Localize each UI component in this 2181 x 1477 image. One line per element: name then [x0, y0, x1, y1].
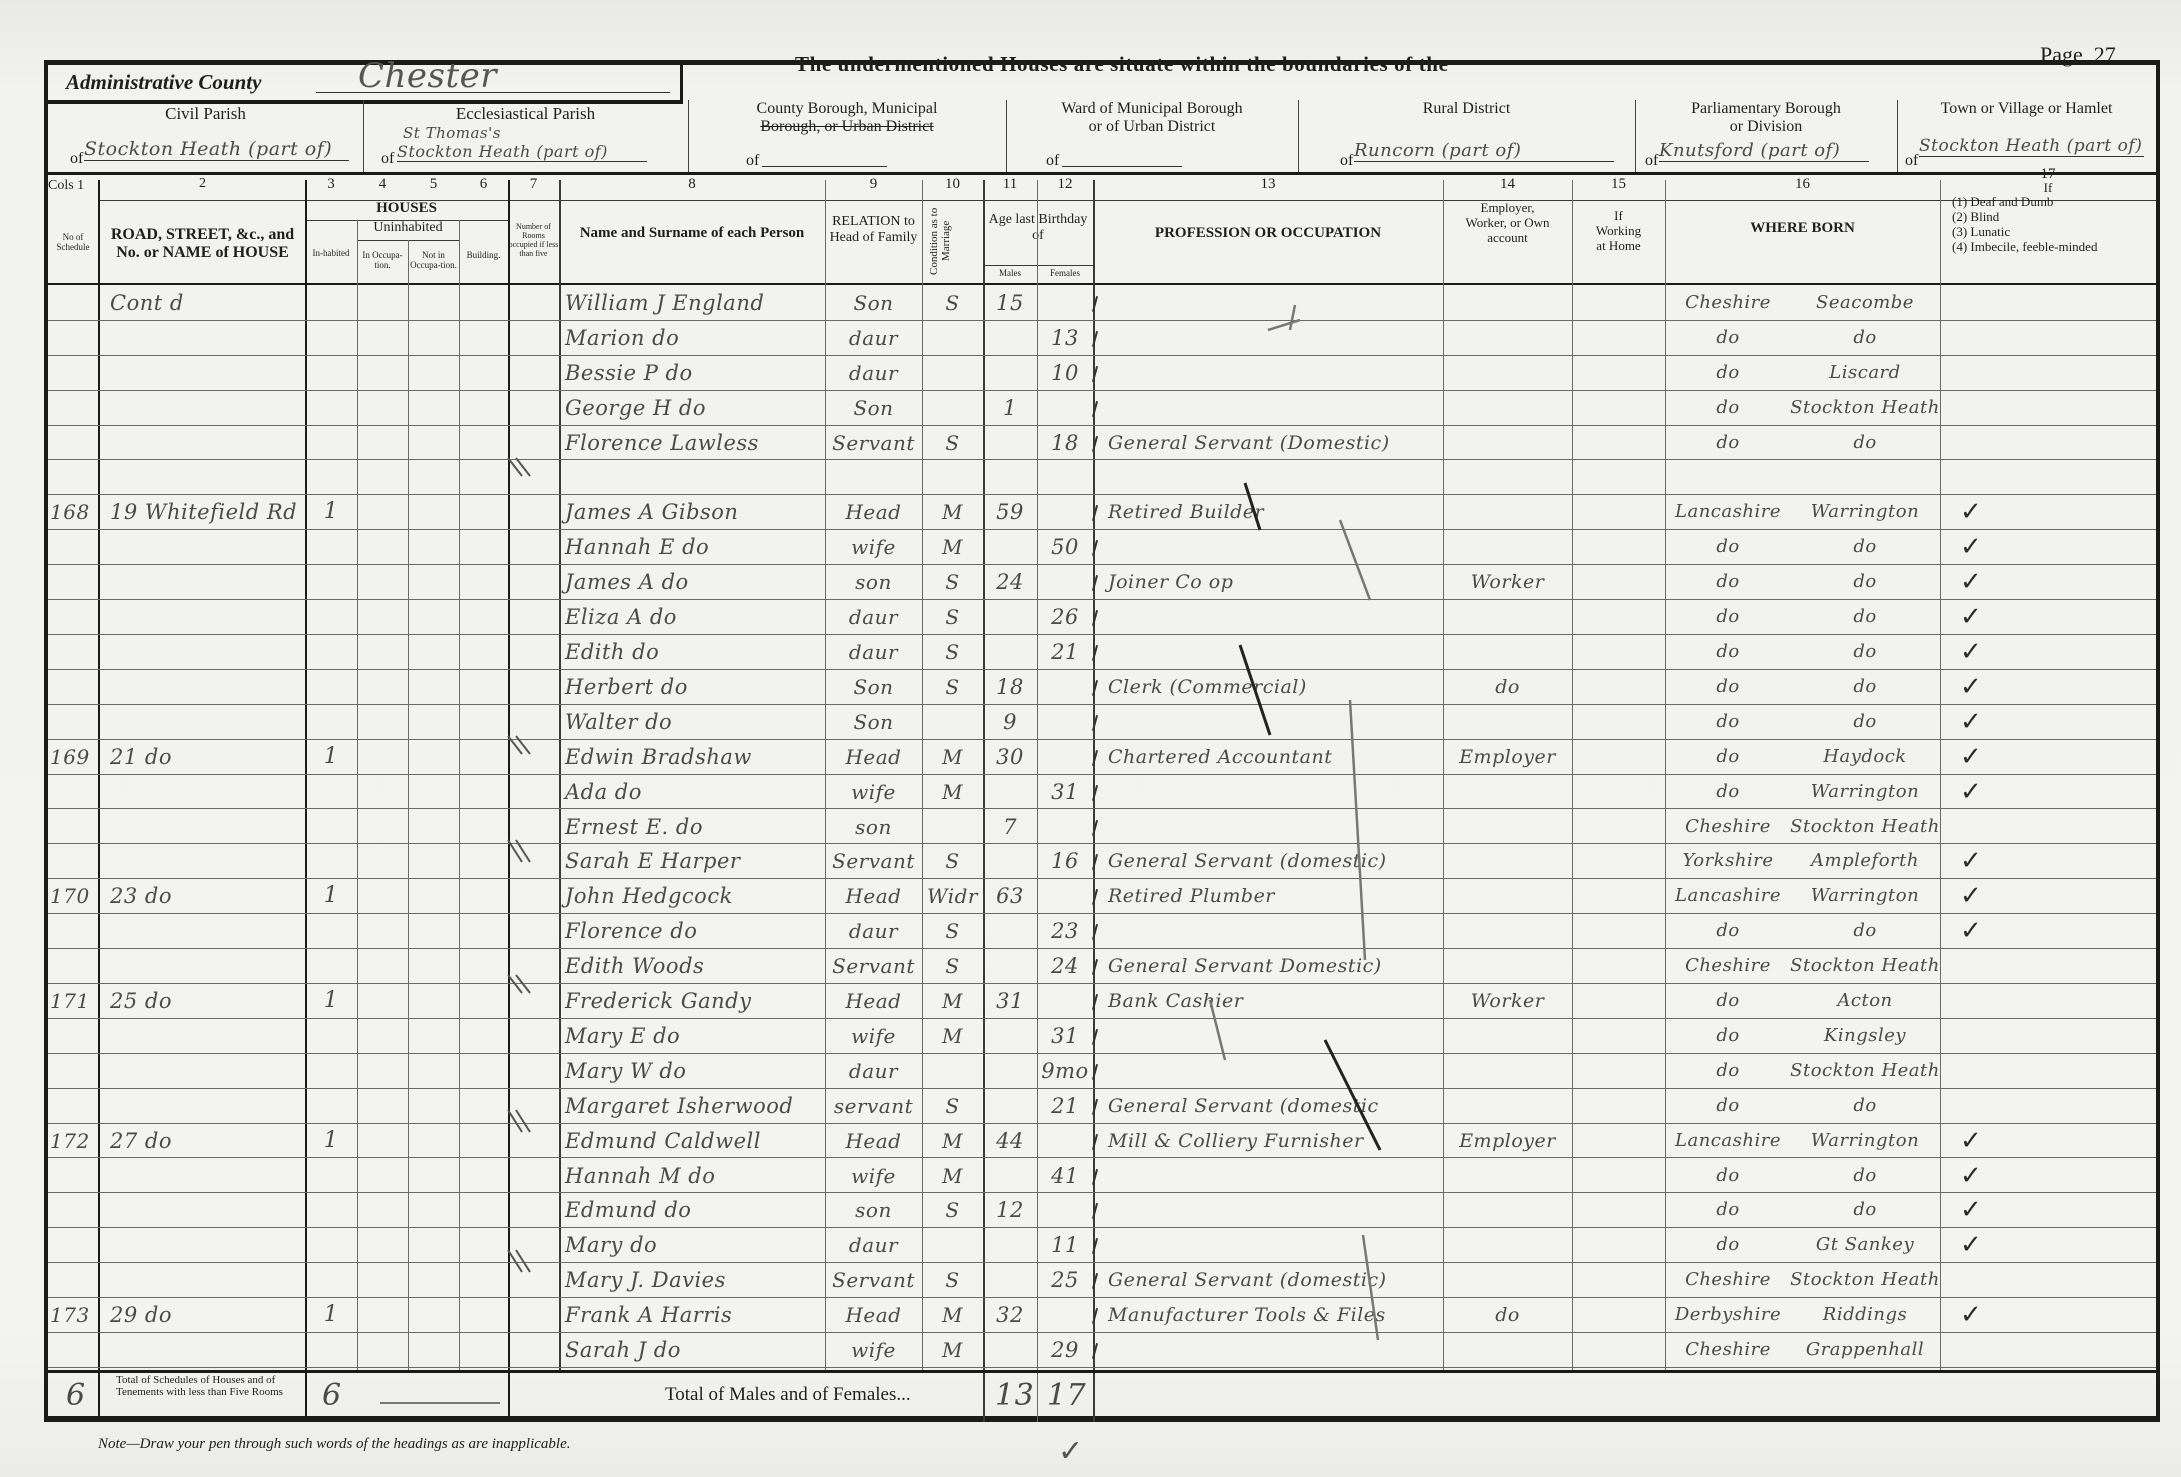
pen-strokes — [0, 0, 2181, 1477]
census-page: Page 27 Administrative County Chester Th… — [0, 0, 2181, 1477]
